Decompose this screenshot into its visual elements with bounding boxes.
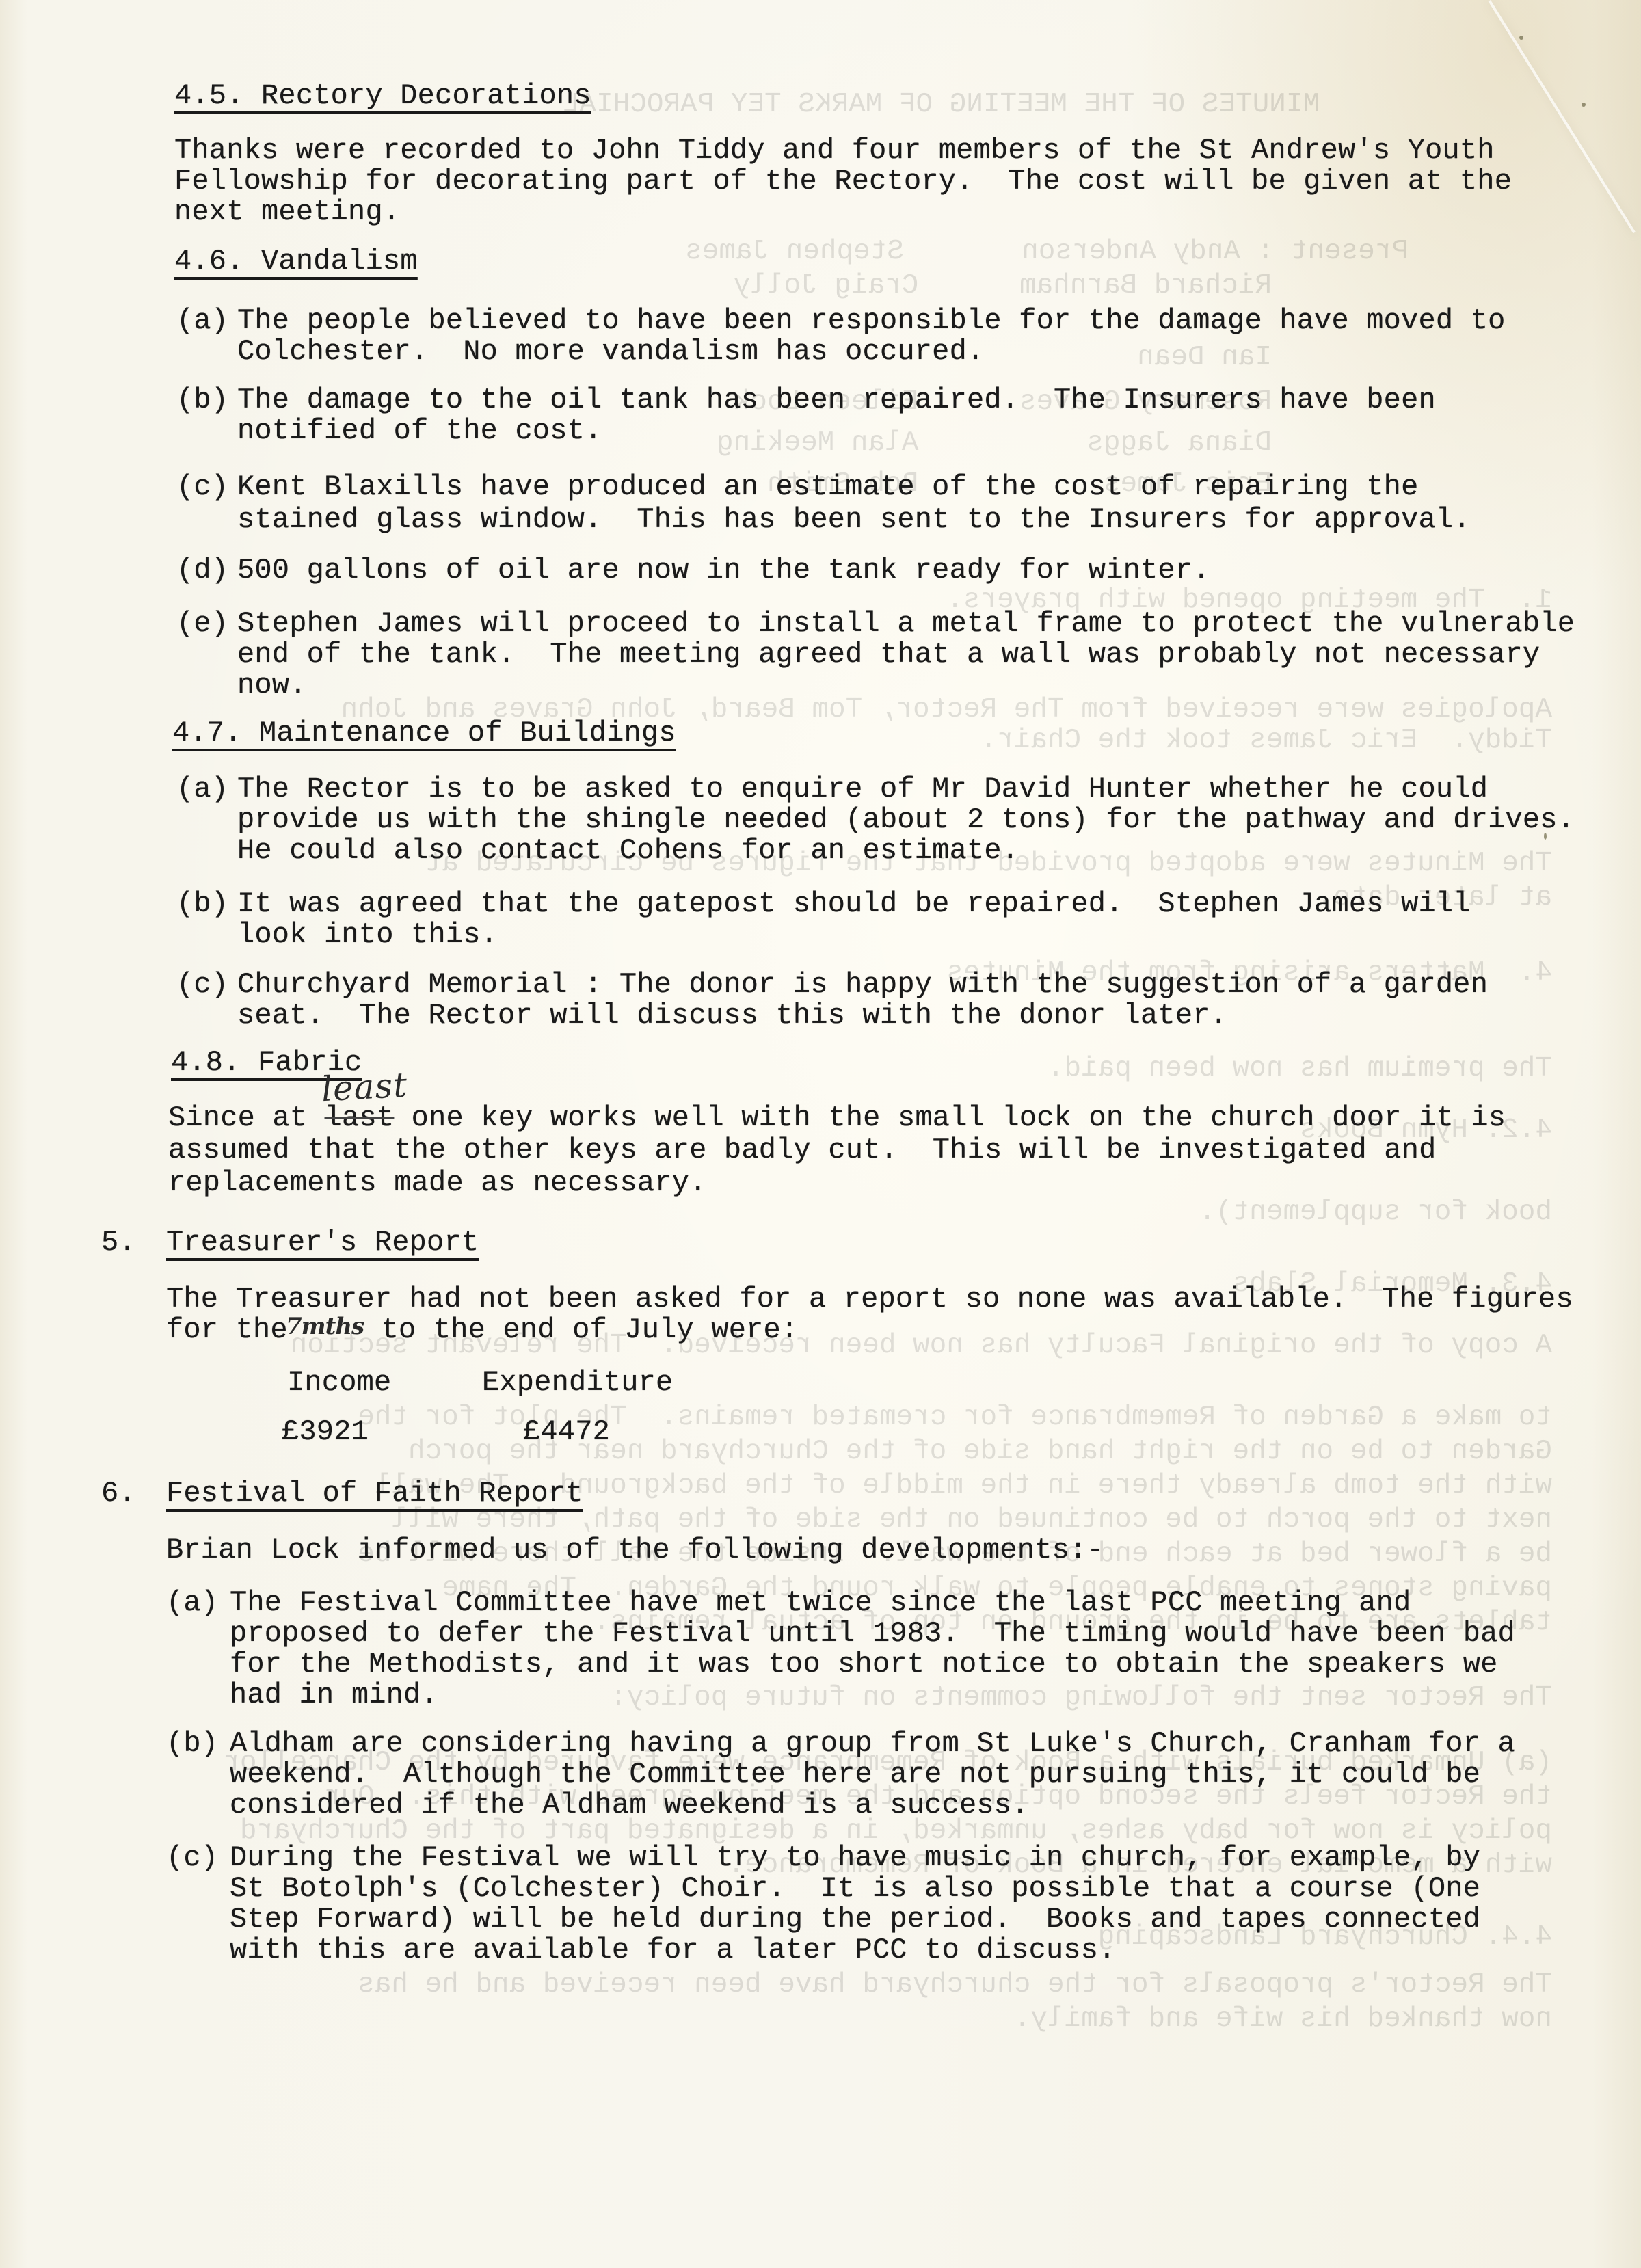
- section-heading: 4.6. Vandalism: [174, 246, 418, 277]
- paragraph-line: next meeting.: [174, 197, 400, 228]
- item-line: provide us with the shingle needed (abou…: [237, 805, 1575, 836]
- section-heading: 4.7. Maintenance of Buildings: [172, 718, 676, 749]
- item-line: notified of the cost.: [237, 416, 602, 446]
- item-line: Step Forward) will be held during the pe…: [230, 1904, 1480, 1935]
- struck-word: last: [325, 1102, 395, 1134]
- item-label: (b): [176, 385, 228, 416]
- item-line: The damage to the oil tank has been repa…: [237, 385, 1436, 416]
- item-line: Stephen James will proceed to install a …: [237, 609, 1575, 639]
- item-line: The people believed to have been respons…: [237, 306, 1506, 336]
- paragraph-line: replacements made as necessary.: [168, 1168, 707, 1199]
- paragraph-line: Fellowship for decorating part of the Re…: [174, 166, 1512, 197]
- handwritten-insertion: 7mths: [286, 1311, 364, 1342]
- expenditure-value: £4472: [523, 1417, 610, 1447]
- handwritten-correction: least: [321, 1070, 408, 1106]
- item-label: (b): [176, 889, 228, 920]
- item-line: now.: [237, 670, 307, 701]
- item-line: Kent Blaxills have produced an estimate …: [237, 472, 1418, 503]
- text-run: to the end of July were:: [364, 1313, 798, 1346]
- item-label: (e): [176, 609, 228, 639]
- item-line: weekend. Although the Committee here are…: [230, 1759, 1480, 1790]
- paragraph-line: assumed that the other keys are badly cu…: [168, 1135, 1437, 1166]
- item-line: stained glass window. This has been sent…: [237, 505, 1471, 535]
- section-number: 5.: [101, 1227, 136, 1258]
- section-heading: Festival of Faith Report: [166, 1478, 583, 1509]
- paragraph-line: The Treasurer had not been asked for a r…: [166, 1284, 1573, 1315]
- paragraph-line: Since at last one key works well with th…: [168, 1103, 1506, 1134]
- section-heading: Treasurer's Report: [166, 1227, 479, 1258]
- item-line: end of the tank. The meeting agreed that…: [237, 639, 1540, 670]
- text-run: for the: [166, 1313, 305, 1346]
- paper-speck: [1582, 103, 1586, 107]
- column-header-expenditure: Expenditure: [482, 1368, 673, 1398]
- text-run: one key works well with the small lock o…: [394, 1102, 1506, 1134]
- text-run: Since at: [168, 1102, 325, 1134]
- item-line: During the Festival we will try to have …: [230, 1843, 1480, 1873]
- item-line: 500 gallons of oil are now in the tank r…: [237, 555, 1210, 586]
- section-number: 6.: [101, 1478, 136, 1509]
- column-header-income: Income: [287, 1368, 391, 1398]
- item-line: He could also contact Cohens for an esti…: [237, 836, 1019, 866]
- item-line: It was agreed that the gatepost should b…: [237, 889, 1471, 920]
- item-line: The Rector is to be asked to enquire of …: [237, 774, 1488, 805]
- income-value: £3921: [282, 1417, 369, 1447]
- item-label: (c): [166, 1843, 218, 1873]
- item-line: considered if the Aldham weekend is a su…: [230, 1790, 1029, 1821]
- item-line: Churchyard Memorial : The donor is happy…: [237, 970, 1488, 1000]
- item-label: (c): [176, 970, 228, 1000]
- item-line: The Festival Committee have met twice si…: [230, 1588, 1411, 1618]
- section-heading: 4.5. Rectory Decorations: [174, 81, 591, 111]
- item-label: (b): [166, 1729, 218, 1759]
- item-label: (a): [166, 1588, 218, 1618]
- item-line: seat. The Rector will discuss this with …: [237, 1000, 1227, 1031]
- item-label: (a): [176, 306, 228, 336]
- item-line: had in mind.: [230, 1680, 438, 1711]
- item-line: St Botolph's (Colchester) Choir. It is a…: [230, 1873, 1480, 1904]
- item-line: proposed to defer the Festival until 198…: [230, 1618, 1515, 1649]
- paragraph-line: Brian Lock informed us of the following …: [166, 1535, 1104, 1566]
- item-label: (a): [176, 774, 228, 805]
- item-line: with this are available for a later PCC …: [230, 1935, 1116, 1966]
- item-line: Colchester. No more vandalism has occure…: [237, 336, 984, 367]
- paragraph-line: Thanks were recorded to John Tiddy and f…: [174, 135, 1495, 166]
- paper-speck: [1519, 36, 1523, 40]
- item-line: for the Methodists, and it was too short…: [230, 1649, 1498, 1680]
- item-line: Aldham are considering having a group fr…: [230, 1729, 1515, 1759]
- item-line: look into this.: [237, 920, 498, 950]
- item-label: (c): [176, 472, 228, 503]
- item-label: (d): [176, 555, 228, 586]
- paragraph-line: for the to the end of July were:: [166, 1315, 798, 1346]
